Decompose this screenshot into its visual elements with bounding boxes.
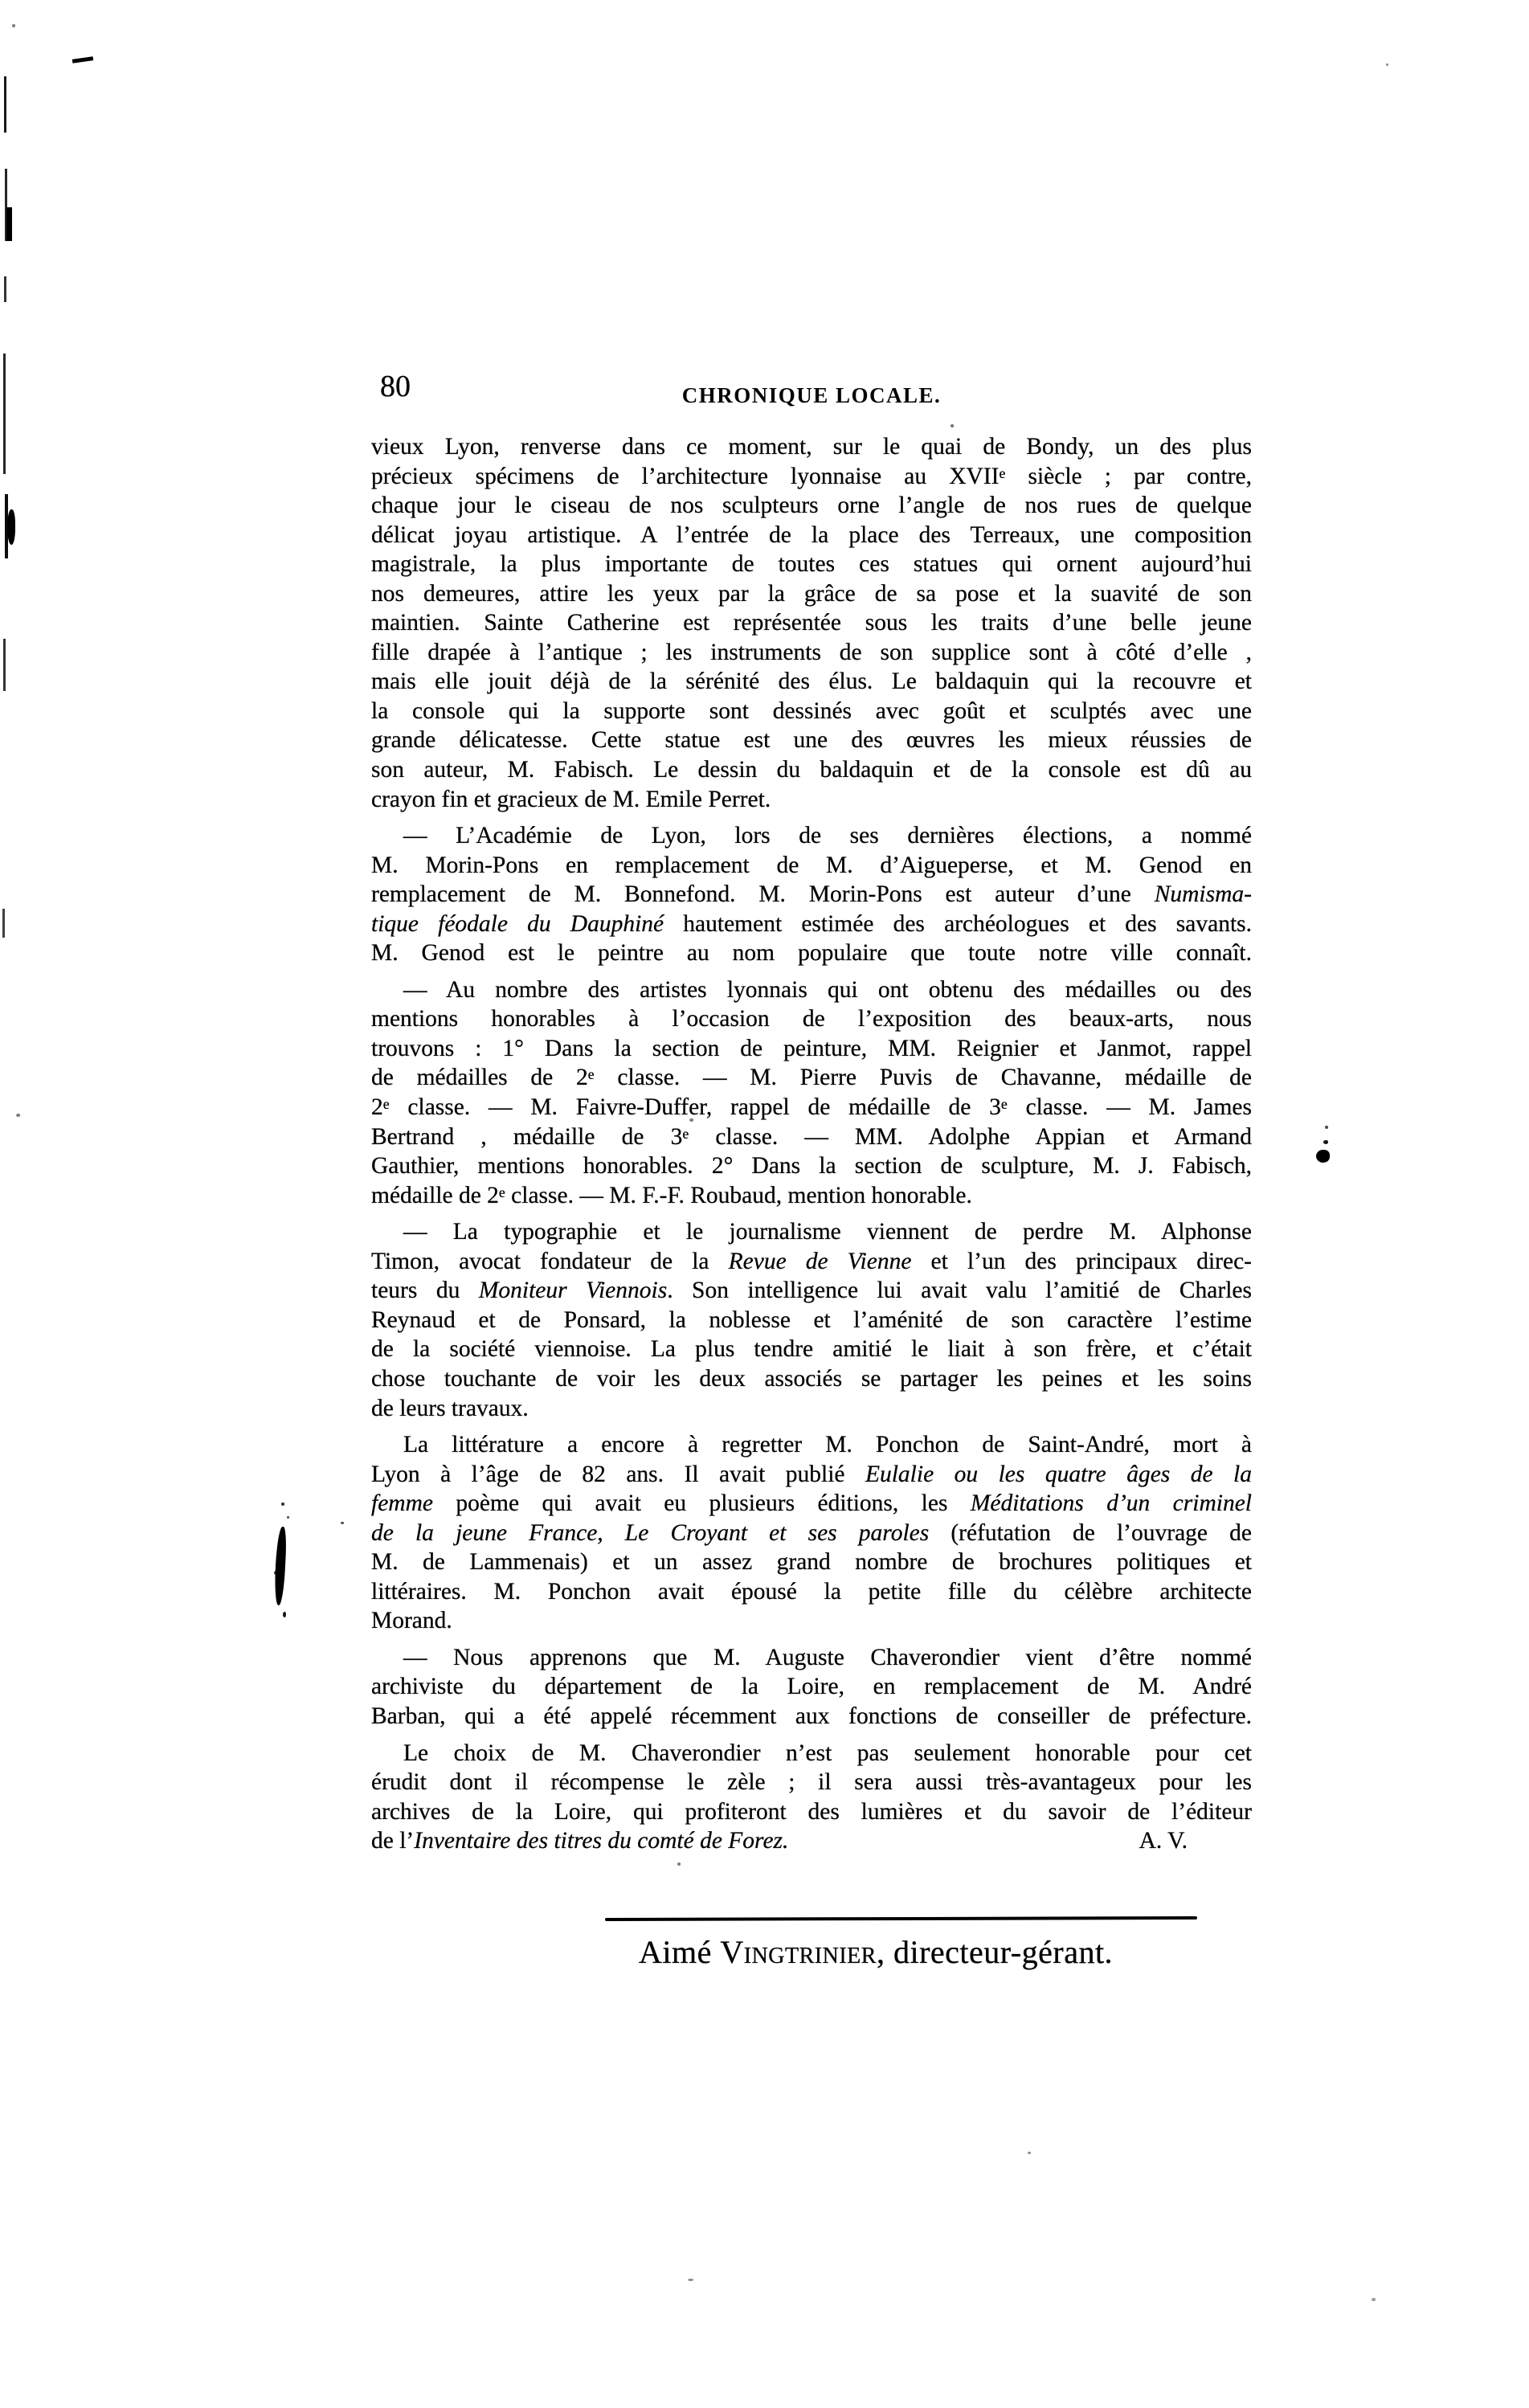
line-text: La littérature a encore à regretter M. P… xyxy=(403,1432,1252,1457)
line-text: M. Genod est le peintre au nom populaire… xyxy=(371,940,1252,966)
line-text: M. Morin-Pons en remplacement de M. d’Ai… xyxy=(371,852,1252,878)
text-segment: archiviste du département de la Loire, e… xyxy=(371,1674,1252,1699)
text-line: érudit dont il récompense le zèle ; il s… xyxy=(371,1768,1252,1797)
text-segment: grande délicatesse. Cette statue est une… xyxy=(371,727,1252,753)
text-segment: médaille de 2 xyxy=(371,1183,499,1208)
text-segment: Numisma- xyxy=(1155,881,1252,907)
line-text: de l’Inventaire des titres du comté de F… xyxy=(371,1826,788,1856)
text-segment: classe. — M. F.-F. Roubaud, mention hono… xyxy=(505,1183,972,1208)
text-line: de l’Inventaire des titres du comté de F… xyxy=(371,1826,1252,1856)
footer-rule xyxy=(605,1916,1197,1921)
text-segment: — Au nombre des artistes lyonnais qui on… xyxy=(403,977,1252,1003)
paragraph: La littérature a encore à regretter M. P… xyxy=(371,1430,1252,1636)
text-segment: nos demeures, attire les yeux par la grâ… xyxy=(371,581,1252,607)
text-segment: Méditations d’un criminel xyxy=(971,1490,1252,1516)
text-line: — La typographie et le journalisme vienn… xyxy=(371,1217,1252,1247)
line-text: remplacement de M. Bonnefond. M. Morin-P… xyxy=(371,881,1252,907)
text-segment: e xyxy=(588,1066,595,1082)
text-segment: Vingtrinier xyxy=(720,1934,877,1970)
text-segment: Barban, qui a été appelé récemment aux f… xyxy=(371,1703,1252,1729)
text-line: Barban, qui a été appelé récemment aux f… xyxy=(371,1702,1252,1731)
text-line: chose touchante de voir les deux associé… xyxy=(371,1364,1252,1394)
text-line: nos demeures, attire les yeux par la grâ… xyxy=(371,579,1252,609)
text-segment: poème qui avait eu plusieurs éditions, l… xyxy=(433,1490,971,1516)
ink-mark xyxy=(2,909,5,938)
author-initials: A. V. xyxy=(1139,1826,1252,1856)
ink-mark xyxy=(6,207,12,241)
ink-mark xyxy=(4,276,6,302)
text-segment: mentions honorables à l’occasion de l’ex… xyxy=(371,1006,1252,1032)
text-segment: 2 xyxy=(371,1094,383,1120)
line-text: teurs du Moniteur Viennois. Son intellig… xyxy=(371,1278,1252,1303)
text-segment: hautement estimée des archéologues et de… xyxy=(664,911,1252,937)
text-line: de la jeune France, Le Croyant et ses pa… xyxy=(371,1519,1252,1548)
ink-mark xyxy=(689,1118,693,1122)
text-segment: littéraires. M. Ponchon avait épousé la … xyxy=(371,1579,1252,1605)
line-text: la console qui la supporte sont dessinés… xyxy=(371,698,1252,724)
text-segment: . Son intelligence lui avait valu l’amit… xyxy=(667,1278,1252,1303)
text-segment: magistrale, la plus importante de toutes… xyxy=(371,551,1252,577)
line-text: mais elle jouit déjà de la sérénité des … xyxy=(371,668,1252,694)
line-text: 2e classe. — M. Faivre-Duffer, rappel de… xyxy=(371,1094,1252,1120)
ink-mark xyxy=(4,76,6,133)
text-line: la console qui la supporte sont dessinés… xyxy=(371,697,1252,726)
text-segment: Timon, avocat fondateur de la xyxy=(371,1249,729,1274)
text-segment: érudit dont il récompense le zèle ; il s… xyxy=(371,1769,1252,1795)
text-line: mentions honorables à l’occasion de l’ex… xyxy=(371,1004,1252,1034)
line-text: précieux spécimens de l’architecture lyo… xyxy=(371,464,1252,489)
ink-mark xyxy=(72,56,93,63)
paragraph: — La typographie et le journalisme vienn… xyxy=(371,1217,1252,1423)
ink-mark xyxy=(1386,63,1388,66)
text-segment: Moniteur Viennois xyxy=(479,1278,667,1303)
line-text: Reynaud et de Ponsard, la noblesse et l’… xyxy=(371,1307,1252,1333)
line-text: nos demeures, attire les yeux par la grâ… xyxy=(371,581,1252,607)
text-line: femme poème qui avait eu plusieurs éditi… xyxy=(371,1489,1252,1519)
line-text: médaille de 2e classe. — M. F.-F. Roubau… xyxy=(371,1183,972,1208)
text-segment: tique féodale du Dauphiné xyxy=(371,911,664,937)
text-line: Gauthier, mentions honorables. 2° Dans l… xyxy=(371,1151,1252,1181)
line-text: — La typographie et le journalisme vienn… xyxy=(403,1219,1252,1245)
text-line: — Au nombre des artistes lyonnais qui on… xyxy=(371,975,1252,1005)
text-segment: trouvons : 1° Dans la section de peintur… xyxy=(371,1036,1252,1061)
ink-mark xyxy=(16,1114,20,1117)
text-segment: de médailles de 2 xyxy=(371,1065,588,1090)
text-segment: et l’un des principaux direc- xyxy=(911,1249,1252,1274)
text-line: 2e classe. — M. Faivre-Duffer, rappel de… xyxy=(371,1093,1252,1122)
ink-mark xyxy=(951,424,954,427)
paragraph: — L’Académie de Lyon, lors de ses derniè… xyxy=(371,821,1252,968)
scanned-document-page: 80 CHRONIQUE LOCALE. vieux Lyon, renvers… xyxy=(0,0,1529,2408)
byline: Aimé Vingtrinier, directeur-gérant. xyxy=(639,1933,1113,1972)
text-segment: teurs du xyxy=(371,1278,479,1303)
text-segment: Eulalie ou les quatre âges de la xyxy=(865,1462,1252,1487)
line-text: de leurs travaux. xyxy=(371,1396,529,1421)
text-segment: de la jeune France, Le Croyant et ses pa… xyxy=(371,1520,929,1546)
text-line: magistrale, la plus importante de toutes… xyxy=(371,550,1252,579)
text-line: médaille de 2e classe. — M. F.-F. Roubau… xyxy=(371,1181,1252,1211)
text-segment: — La typographie et le journalisme vienn… xyxy=(403,1219,1252,1245)
text-line: Morand. xyxy=(371,1606,1252,1636)
line-text: chaque jour le ciseau de nos sculpteurs … xyxy=(371,493,1252,518)
text-line: vieux Lyon, renverse dans ce moment, sur… xyxy=(371,432,1252,462)
line-text: Gauthier, mentions honorables. 2° Dans l… xyxy=(371,1153,1252,1179)
line-text: mentions honorables à l’occasion de l’ex… xyxy=(371,1006,1252,1032)
text-segment: M. Genod est le peintre au nom populaire… xyxy=(371,940,1252,966)
text-segment: de l’ xyxy=(371,1828,414,1854)
running-title: CHRONIQUE LOCALE. xyxy=(371,385,1252,407)
line-text: délicat joyau artistique. A l’entrée de … xyxy=(371,522,1252,548)
text-line: Bertrand , médaille de 3e classe. — MM. … xyxy=(371,1122,1252,1152)
text-segment: Inventaire des titres du comté de Forez. xyxy=(414,1828,788,1854)
text-segment: Reynaud et de Ponsard, la noblesse et l’… xyxy=(371,1307,1252,1333)
line-text: — L’Académie de Lyon, lors de ses derniè… xyxy=(403,823,1252,848)
text-line: trouvons : 1° Dans la section de peintur… xyxy=(371,1034,1252,1064)
text-segment: La littérature a encore à regretter M. P… xyxy=(403,1432,1252,1457)
line-text: littéraires. M. Ponchon avait épousé la … xyxy=(371,1579,1252,1605)
text-segment: classe. — M. Faivre-Duffer, rappel de mé… xyxy=(390,1094,1001,1120)
text-line: Timon, avocat fondateur de la Revue de V… xyxy=(371,1247,1252,1277)
text-line: — Nous apprenons que M. Auguste Chaveron… xyxy=(371,1643,1252,1673)
line-text: Lyon à l’âge de 82 ans. Il avait publié … xyxy=(371,1462,1252,1487)
text-line: littéraires. M. Ponchon avait épousé la … xyxy=(371,1577,1252,1607)
text-segment: classe. — M. Pierre Puvis de Chavanne, m… xyxy=(595,1065,1252,1090)
paragraph: — Nous apprenons que M. Auguste Chaveron… xyxy=(371,1643,1252,1731)
line-text: crayon fin et gracieux de M. Emile Perre… xyxy=(371,787,771,812)
line-text: Le choix de M. Chaverondier n’est pas se… xyxy=(403,1740,1252,1766)
line-text: de la jeune France, Le Croyant et ses pa… xyxy=(371,1520,1252,1546)
text-segment: de leurs travaux. xyxy=(371,1396,529,1421)
ink-mark xyxy=(12,24,15,27)
text-line: remplacement de M. Bonnefond. M. Morin-P… xyxy=(371,880,1252,910)
text-line: grande délicatesse. Cette statue est une… xyxy=(371,726,1252,755)
text-segment: M. Morin-Pons en remplacement de M. d’Ai… xyxy=(371,852,1252,878)
line-text: — Nous apprenons que M. Auguste Chaveron… xyxy=(403,1645,1252,1670)
text-line: Lyon à l’âge de 82 ans. Il avait publié … xyxy=(371,1460,1252,1490)
text-segment: e xyxy=(499,1184,505,1200)
line-text: archiviste du département de la Loire, e… xyxy=(371,1674,1252,1699)
ink-mark xyxy=(287,1516,289,1519)
ink-mark xyxy=(273,1527,287,1605)
line-text: — Au nombre des artistes lyonnais qui on… xyxy=(403,977,1252,1003)
line-text: trouvons : 1° Dans la section de peintur… xyxy=(371,1036,1252,1061)
text-segment: femme xyxy=(371,1490,433,1516)
ink-mark xyxy=(677,1862,681,1866)
text-line: archiviste du département de la Loire, e… xyxy=(371,1672,1252,1702)
ink-mark xyxy=(3,639,6,691)
text-line: délicat joyau artistique. A l’entrée de … xyxy=(371,521,1252,550)
line-text: Timon, avocat fondateur de la Revue de V… xyxy=(371,1249,1252,1274)
text-segment: Morand. xyxy=(371,1608,452,1633)
text-segment: chaque jour le ciseau de nos sculpteurs … xyxy=(371,493,1252,518)
ink-mark xyxy=(1372,2298,1376,2301)
text-segment: e xyxy=(383,1096,390,1112)
line-text: fille drapée à l’antique ; les instrumen… xyxy=(371,640,1252,665)
text-line: M. de Lammenais) et un assez grand nombr… xyxy=(371,1547,1252,1577)
text-line: La littérature a encore à regretter M. P… xyxy=(371,1430,1252,1460)
line-text: Bertrand , médaille de 3e classe. — MM. … xyxy=(371,1124,1252,1150)
text-segment: Gauthier, mentions honorables. 2° Dans l… xyxy=(371,1153,1252,1179)
ink-mark xyxy=(3,354,6,474)
text-segment: délicat joyau artistique. A l’entrée de … xyxy=(371,522,1252,548)
line-text: de la société viennoise. La plus tendre … xyxy=(371,1336,1252,1362)
text-segment: crayon fin et gracieux de M. Emile Perre… xyxy=(371,787,771,812)
line-text: archives de la Loire, qui profiteront de… xyxy=(371,1799,1252,1825)
line-text: Morand. xyxy=(371,1608,452,1633)
text-segment: , directeur-gérant. xyxy=(877,1934,1113,1970)
text-line: son auteur, M. Fabisch. Le dessin du bal… xyxy=(371,755,1252,785)
line-text: M. de Lammenais) et un assez grand nombr… xyxy=(371,1549,1252,1575)
text-line: archives de la Loire, qui profiteront de… xyxy=(371,1797,1252,1827)
ink-mark xyxy=(1028,2152,1031,2154)
line-text: maintien. Sainte Catherine est représent… xyxy=(371,610,1252,636)
line-text: magistrale, la plus importante de toutes… xyxy=(371,551,1252,577)
text-line: précieux spécimens de l’architecture lyo… xyxy=(371,462,1252,492)
ink-mark xyxy=(7,509,15,545)
text-line: — L’Académie de Lyon, lors de ses derniè… xyxy=(371,821,1252,851)
text-segment: Aimé xyxy=(639,1934,720,1970)
line-text: tique féodale du Dauphiné hautement esti… xyxy=(371,911,1252,937)
text-line: de la société viennoise. La plus tendre … xyxy=(371,1335,1252,1364)
text-segment: siècle ; par contre, xyxy=(1005,464,1252,489)
text-segment: précieux spécimens de l’architecture lyo… xyxy=(371,464,999,489)
line-text: femme poème qui avait eu plusieurs éditi… xyxy=(371,1490,1252,1516)
line-text: Barban, qui a été appelé récemment aux f… xyxy=(371,1703,1252,1729)
text-segment: la console qui la supporte sont dessinés… xyxy=(371,698,1252,724)
text-segment: Le choix de M. Chaverondier n’est pas se… xyxy=(403,1740,1252,1766)
text-segment: maintien. Sainte Catherine est représent… xyxy=(371,610,1252,636)
text-segment: Lyon à l’âge de 82 ans. Il avait publié xyxy=(371,1462,865,1487)
ink-mark xyxy=(1316,1150,1330,1163)
text-line: M. Morin-Pons en remplacement de M. d’Ai… xyxy=(371,851,1252,881)
line-text: grande délicatesse. Cette statue est une… xyxy=(371,727,1252,753)
ink-mark xyxy=(274,1571,278,1575)
ink-mark xyxy=(1323,1140,1328,1144)
text-segment: e xyxy=(1001,1096,1008,1112)
text-segment: son auteur, M. Fabisch. Le dessin du bal… xyxy=(371,757,1252,783)
line-text: de médailles de 2e classe. — M. Pierre P… xyxy=(371,1065,1252,1090)
text-line: mais elle jouit déjà de la sérénité des … xyxy=(371,667,1252,697)
text-segment: mais elle jouit déjà de la sérénité des … xyxy=(371,668,1252,694)
text-segment: Bertrand , médaille de 3 xyxy=(371,1124,682,1150)
paragraph: Le choix de M. Chaverondier n’est pas se… xyxy=(371,1739,1252,1856)
text-line: maintien. Sainte Catherine est représent… xyxy=(371,608,1252,638)
text-segment: remplacement de M. Bonnefond. M. Morin-P… xyxy=(371,881,1155,907)
text-segment: classe. — M. James xyxy=(1008,1094,1252,1120)
text-line: teurs du Moniteur Viennois. Son intellig… xyxy=(371,1276,1252,1306)
ink-mark xyxy=(281,1502,284,1506)
text-segment: M. de Lammenais) et un assez grand nombr… xyxy=(371,1549,1252,1575)
text-line: fille drapée à l’antique ; les instrumen… xyxy=(371,638,1252,668)
ink-mark xyxy=(688,2279,693,2281)
line-text: vieux Lyon, renverse dans ce moment, sur… xyxy=(371,434,1252,460)
text-segment: — Nous apprenons que M. Auguste Chaveron… xyxy=(403,1645,1252,1670)
text-line: Reynaud et de Ponsard, la noblesse et l’… xyxy=(371,1306,1252,1335)
text-segment: (réfutation de l’ouvrage de xyxy=(929,1520,1252,1546)
ink-mark xyxy=(283,1612,286,1617)
text-line: de leurs travaux. xyxy=(371,1394,1252,1424)
line-text: son auteur, M. Fabisch. Le dessin du bal… xyxy=(371,757,1252,783)
ink-mark xyxy=(1325,1126,1328,1129)
text-line: tique féodale du Dauphiné hautement esti… xyxy=(371,910,1252,939)
ink-mark xyxy=(341,1522,344,1524)
text-segment: de la société viennoise. La plus tendre … xyxy=(371,1336,1252,1362)
line-text: chose touchante de voir les deux associé… xyxy=(371,1366,1252,1392)
article-body: vieux Lyon, renverse dans ce moment, sur… xyxy=(371,432,1252,1856)
text-line: de médailles de 2e classe. — M. Pierre P… xyxy=(371,1063,1252,1093)
text-segment: — L’Académie de Lyon, lors de ses derniè… xyxy=(403,823,1252,848)
text-line: Le choix de M. Chaverondier n’est pas se… xyxy=(371,1739,1252,1768)
text-segment: fille drapée à l’antique ; les instrumen… xyxy=(371,640,1252,665)
text-segment: Revue de Vienne xyxy=(729,1249,912,1274)
text-line: M. Genod est le peintre au nom populaire… xyxy=(371,938,1252,968)
text-segment: vieux Lyon, renverse dans ce moment, sur… xyxy=(371,434,1252,460)
text-segment: classe. — MM. Adolphe Appian et Armand xyxy=(689,1124,1252,1150)
text-line: crayon fin et gracieux de M. Emile Perre… xyxy=(371,785,1252,815)
paragraph: — Au nombre des artistes lyonnais qui on… xyxy=(371,975,1252,1210)
line-text: érudit dont il récompense le zèle ; il s… xyxy=(371,1769,1252,1795)
text-segment: archives de la Loire, qui profiteront de… xyxy=(371,1799,1252,1825)
paragraph: vieux Lyon, renverse dans ce moment, sur… xyxy=(371,432,1252,814)
text-line: chaque jour le ciseau de nos sculpteurs … xyxy=(371,491,1252,521)
text-segment: chose touchante de voir les deux associé… xyxy=(371,1366,1252,1392)
